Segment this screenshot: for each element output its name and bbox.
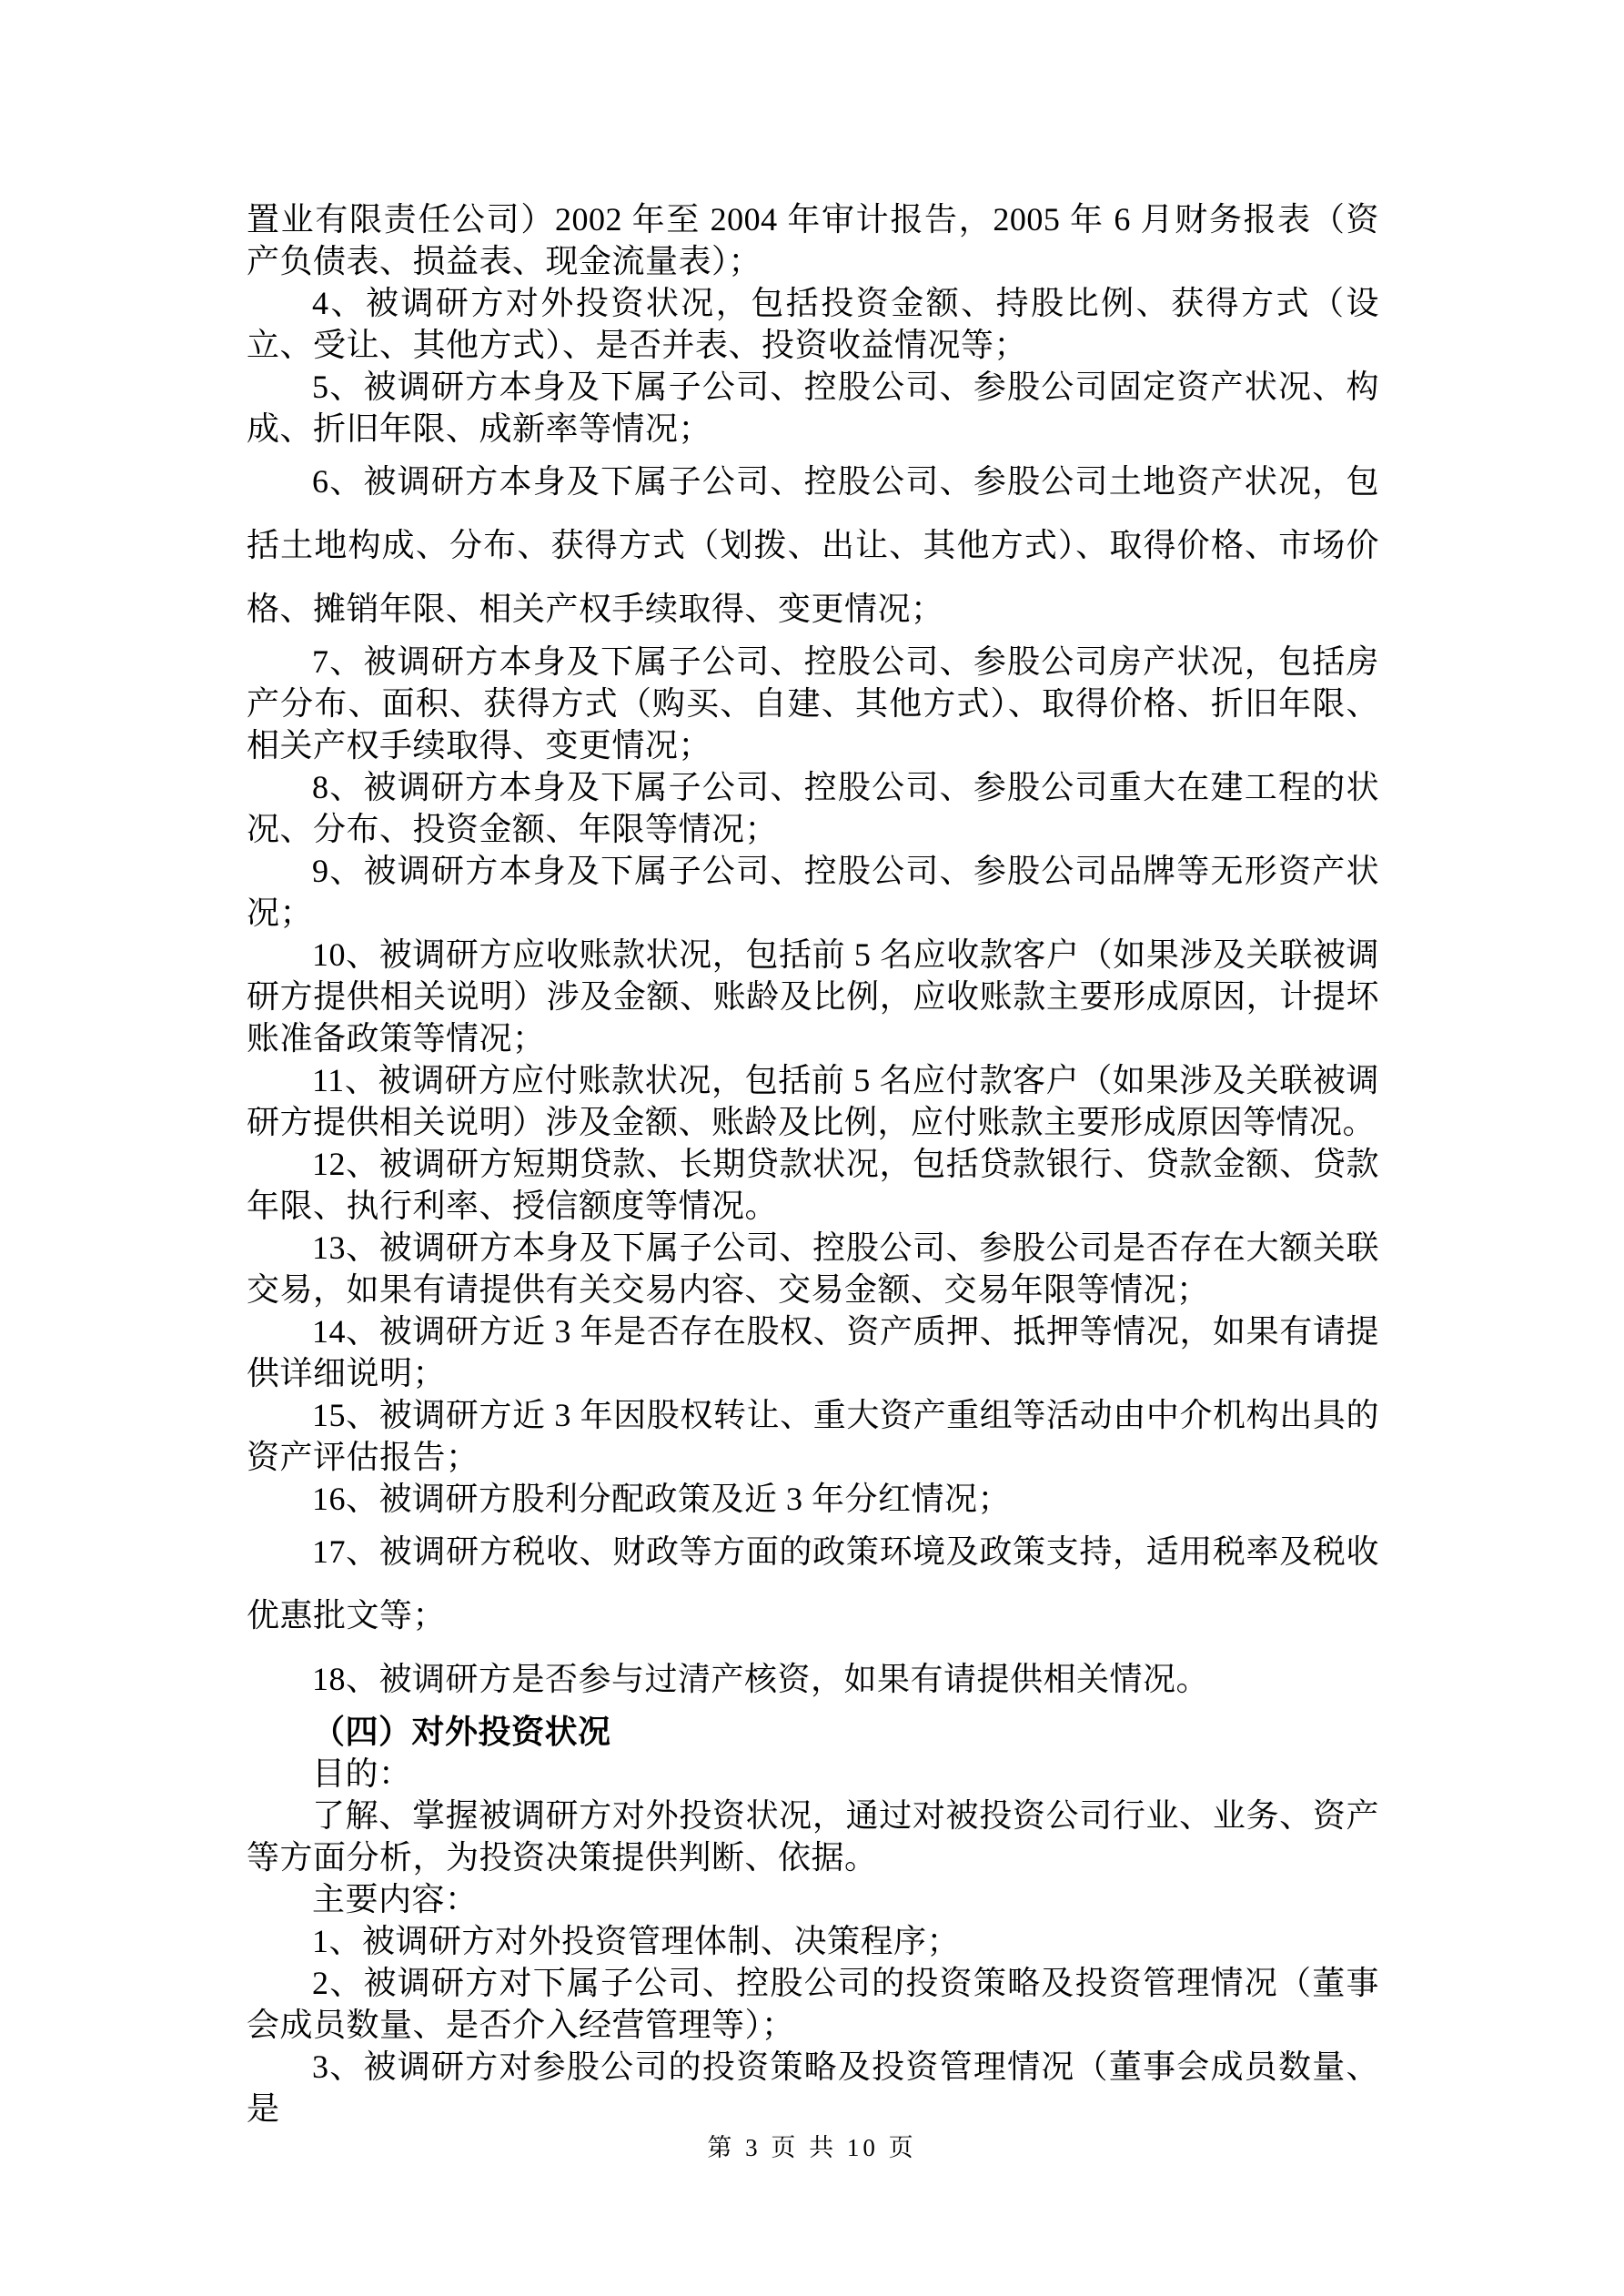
list-item-5: 5、被调研方本身及下属子公司、控股公司、参股公司固定资产状况、构成、折旧年限、成… [247,366,1379,450]
list-item-11: 11、被调研方应付账款状况，包括前 5 名应付款客户（如果涉及关联被调研方提供相… [247,1059,1379,1143]
purpose-text: 了解、掌握被调研方对外投资状况，通过对被投资公司行业、业务、资产等方面分析，为投… [247,1795,1379,1878]
paragraph-continuation: 置业有限责任公司）2002 年至 2004 年审计报告，2005 年 6 月财务… [247,198,1379,282]
list-item-6: 6、被调研方本身及下属子公司、控股公司、参股公司土地资产状况，包括土地构成、分布… [247,450,1379,641]
list-item-17: 17、被调研方税收、财政等方面的政策环境及政策支持，适用税率及税收优惠批文等； [247,1520,1379,1647]
list-item-8: 8、被调研方本身及下属子公司、控股公司、参股公司重大在建工程的状况、分布、投资金… [247,766,1379,850]
list-item-3: 3、被调研方对参股公司的投资策略及投资管理情况（董事会成员数量、是 [247,2046,1379,2129]
page-footer: 第 3 页 共 10 页 [0,2128,1624,2163]
list-item-12: 12、被调研方短期贷款、长期贷款状况，包括贷款银行、贷款金额、贷款年限、执行利率… [247,1143,1379,1227]
list-item-1: 1、被调研方对外投资管理体制、决策程序； [247,1920,1379,1962]
list-item-10: 10、被调研方应收账款状况，包括前 5 名应收款客户（如果涉及关联被调研方提供相… [247,934,1379,1059]
document-page: 置业有限责任公司）2002 年至 2004 年审计报告，2005 年 6 月财务… [0,0,1624,2296]
list-item-4: 4、被调研方对外投资状况，包括投资金额、持股比例、获得方式（设立、受让、其他方式… [247,282,1379,366]
purpose-label: 目的： [247,1753,1379,1795]
main-content-label: 主要内容： [247,1878,1379,1920]
list-item-18: 18、被调研方是否参与过清产核资，如果有请提供相关情况。 [247,1647,1379,1711]
document-body: 置业有限责任公司）2002 年至 2004 年审计报告，2005 年 6 月财务… [247,198,1379,2129]
list-item-7: 7、被调研方本身及下属子公司、控股公司、参股公司房产状况，包括房产分布、面积、获… [247,641,1379,766]
list-item-15: 15、被调研方近 3 年因股权转让、重大资产重组等活动由中介机构出具的资产评估报… [247,1394,1379,1478]
list-item-14: 14、被调研方近 3 年是否存在股权、资产质押、抵押等情况，如果有请提供详细说明… [247,1310,1379,1394]
list-item-16: 16、被调研方股利分配政策及近 3 年分红情况； [247,1478,1379,1520]
list-item-9: 9、被调研方本身及下属子公司、控股公司、参股公司品牌等无形资产状况； [247,850,1379,934]
list-item-13: 13、被调研方本身及下属子公司、控股公司、参股公司是否存在大额关联交易，如果有请… [247,1227,1379,1310]
page-number-label: 第 3 页 共 10 页 [707,2134,916,2161]
list-item-2: 2、被调研方对下属子公司、控股公司的投资策略及投资管理情况（董事会成员数量、是否… [247,1962,1379,2046]
section-heading: （四）对外投资状况 [247,1711,1379,1753]
